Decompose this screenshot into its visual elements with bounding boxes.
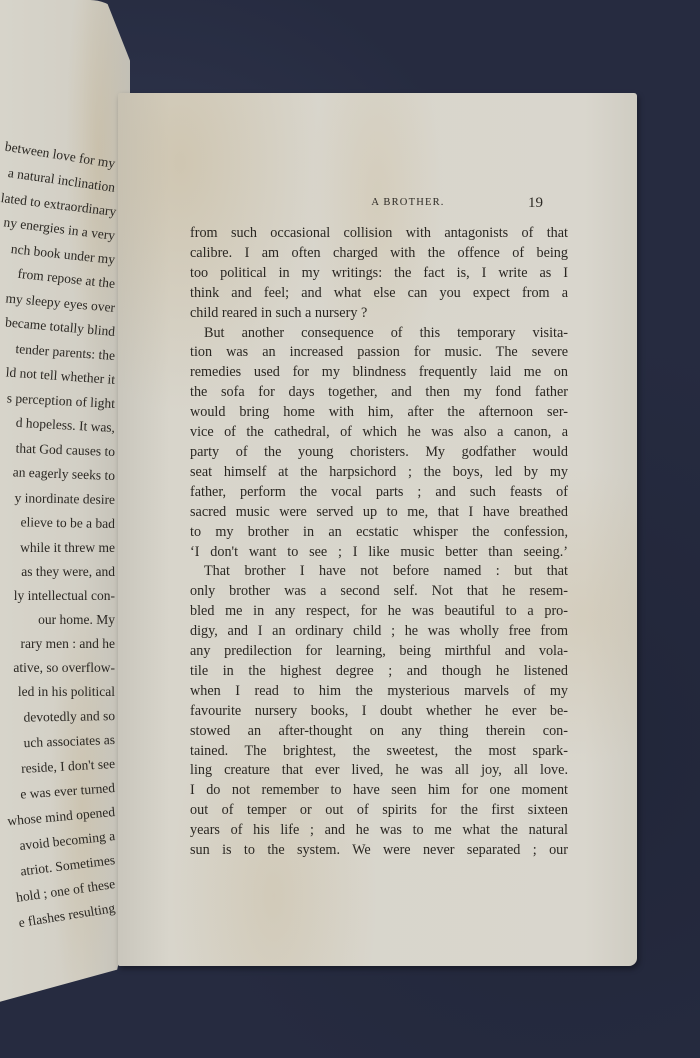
text-line: while it threw me <box>0 536 115 560</box>
text-line: digy, and I an ordinary child ; he was w… <box>190 622 568 642</box>
text-line: tile in the highest degree ; and though … <box>190 662 568 682</box>
text-line: d hopeless. It was, <box>0 410 116 440</box>
right-page: A BROTHER. 19 from such occasional colli… <box>118 93 637 966</box>
text-line: calibre. I am often charged with the off… <box>190 244 568 264</box>
text-line: sun is to the system. We were never sepa… <box>190 841 568 861</box>
text-line: tion was an increased passion for music.… <box>190 343 568 363</box>
text-line: remedies used for my blindness frequentl… <box>190 363 568 383</box>
text-line: uch associates as <box>0 728 115 756</box>
text-line: to my brother in an ecstatic whisper the… <box>190 523 568 543</box>
text-line: ‘I don't want to see ; I like music bett… <box>190 543 568 563</box>
text-line: seat himself at the harpsichord ; the bo… <box>190 463 568 483</box>
left-page-text: between love for my a natural inclinatio… <box>0 152 115 920</box>
text-line: an eagerly seeks to <box>0 460 115 488</box>
text-line: sacred music were served up to me, that … <box>190 503 568 523</box>
text-line: stowed an after-thought on any thing the… <box>190 722 568 742</box>
text-line: ative, so overflow- <box>0 656 115 680</box>
text-line: rary men : and he <box>0 632 115 656</box>
text-line: too political in my writings: the fact i… <box>190 264 568 284</box>
text-line: think and feel; and what else can you ex… <box>190 284 568 304</box>
text-line: would bring home with him, after the aft… <box>190 403 568 423</box>
text-line: y inordinate desire <box>0 486 115 512</box>
text-line: out of temper or out of spirits for the … <box>190 801 568 821</box>
text-line: tained. The brightest, the sweetest, the… <box>190 742 568 762</box>
text-line: favourite nursery books, I doubt whether… <box>190 702 568 722</box>
text-line: as they were, and <box>0 560 115 584</box>
text-line: devotedly and so <box>0 704 115 730</box>
page-number: 19 <box>528 195 543 212</box>
text-line: from such occasional collision with anta… <box>190 224 568 244</box>
text-line: party of the young choristers. My godfat… <box>190 443 568 463</box>
body-text: from such occasional collision with anta… <box>190 224 568 861</box>
text-line: any predilection for learning, being mir… <box>190 642 568 662</box>
text-line: ling creature that ever lived, he was al… <box>190 761 568 781</box>
text-line: I do not remember to have seen him for o… <box>190 781 568 801</box>
running-head: A BROTHER. <box>333 197 483 208</box>
text-line: child reared in such a nursery ? <box>190 304 568 324</box>
text-line: But another consequence of this temporar… <box>190 324 568 344</box>
text-line: our home. My <box>0 608 115 632</box>
text-line: bled me in any respect, for he was beaut… <box>190 602 568 622</box>
text-line: the sofa for days together, and then my … <box>190 383 568 403</box>
text-line: years of his life ; and he was to me wha… <box>190 821 568 841</box>
text-line: when I read to him the mysterious marvel… <box>190 682 568 702</box>
text-line: ly intellectual con- <box>0 584 115 608</box>
text-line: vice of the cathedral, of which he was a… <box>190 423 568 443</box>
text-line: led in his political <box>0 680 115 704</box>
text-line: That brother I have not before named : b… <box>190 562 568 582</box>
text-line: only brother was a second self. Not that… <box>190 582 568 602</box>
text-line: father, perform the vocal parts ; and su… <box>190 483 568 503</box>
text-line: elieve to be a bad <box>0 510 115 536</box>
